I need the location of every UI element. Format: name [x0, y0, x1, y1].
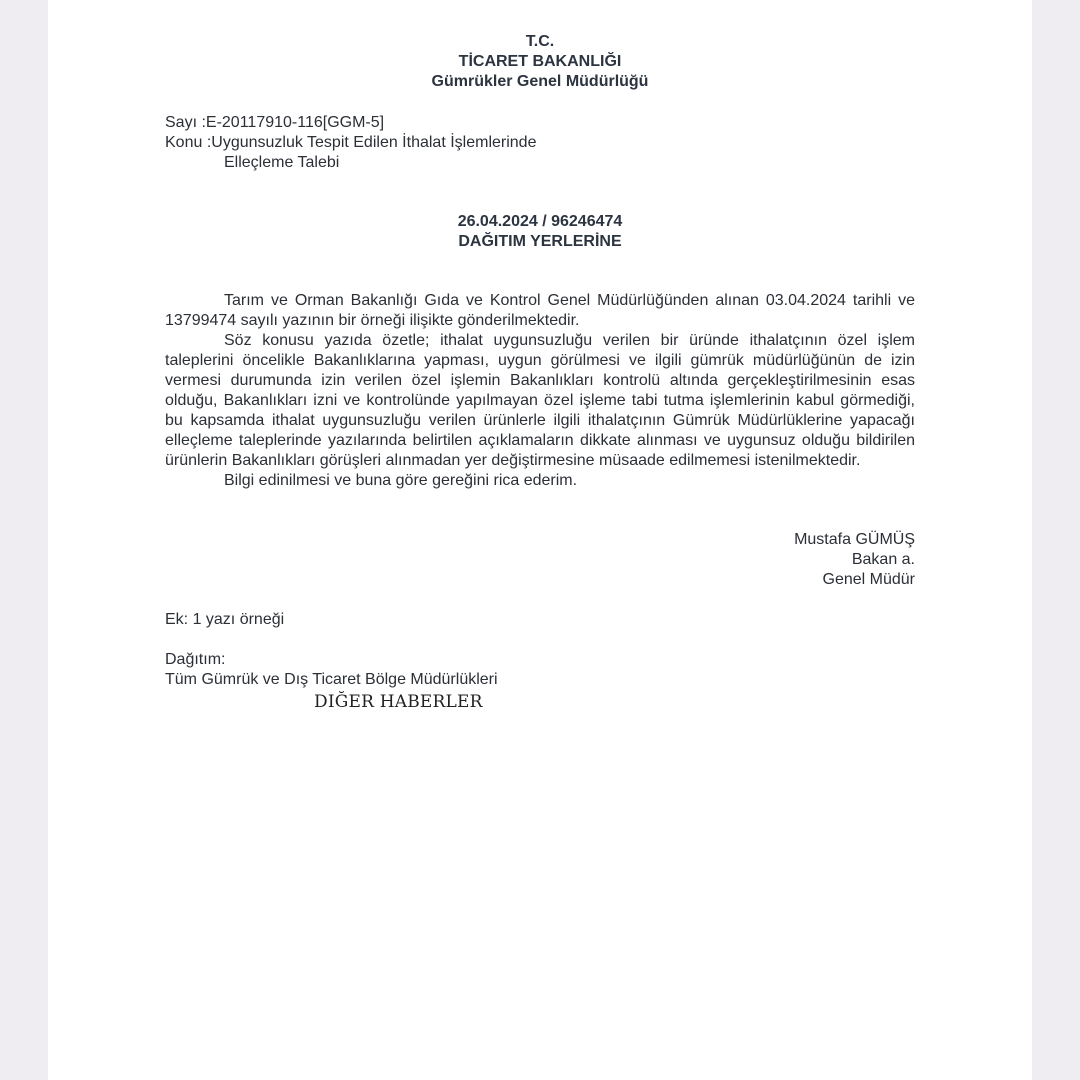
body-paragraph: Tarım ve Orman Bakanlığı Gıda ve Kontrol…: [165, 291, 915, 331]
subject-line: Konu :Uygunsuzluk Tespit Edilen İthalat …: [165, 133, 536, 153]
reference-number: Sayı :E-20117910-116[GGM-5]: [165, 113, 536, 133]
distribution-value: Tüm Gümrük ve Dış Ticaret Bölge Müdürlük…: [165, 670, 498, 690]
document-body: Tarım ve Orman Bakanlığı Gıda ve Kontrol…: [165, 291, 915, 491]
header-directorate: Gümrükler Genel Müdürlüğü: [0, 72, 1080, 92]
signatory-on-behalf: Bakan a.: [794, 550, 915, 570]
recipient-heading: DAĞITIM YERLERİNE: [0, 232, 1080, 252]
document-header: T.C. TİCARET BAKANLIĞI Gümrükler Genel M…: [0, 32, 1080, 92]
date-block: 26.04.2024 / 96246474 DAĞITIM YERLERİNE: [0, 212, 1080, 252]
header-tc: T.C.: [0, 32, 1080, 52]
subject-line-continued: Elleçleme Talebi: [165, 153, 536, 173]
document-meta: Sayı :E-20117910-116[GGM-5] Konu :Uyguns…: [165, 113, 536, 173]
body-paragraph: Söz konusu yazıda özetle; ithalat uyguns…: [165, 331, 915, 471]
body-paragraph: Bilgi edinilmesi ve buna göre gereğini r…: [165, 471, 915, 491]
distribution-block: Dağıtım: Tüm Gümrük ve Dış Ticaret Bölge…: [165, 650, 498, 690]
signature-block: Mustafa GÜMÜŞ Bakan a. Genel Müdür: [794, 530, 915, 590]
signatory-title: Genel Müdür: [794, 570, 915, 590]
header-ministry: TİCARET BAKANLIĞI: [0, 52, 1080, 72]
date-and-number: 26.04.2024 / 96246474: [0, 212, 1080, 232]
signatory-name: Mustafa GÜMÜŞ: [794, 530, 915, 550]
other-news-link[interactable]: DIĞER HABERLER: [314, 691, 483, 713]
distribution-label: Dağıtım:: [165, 650, 498, 670]
attachment-note: Ek: 1 yazı örneği: [165, 610, 284, 630]
